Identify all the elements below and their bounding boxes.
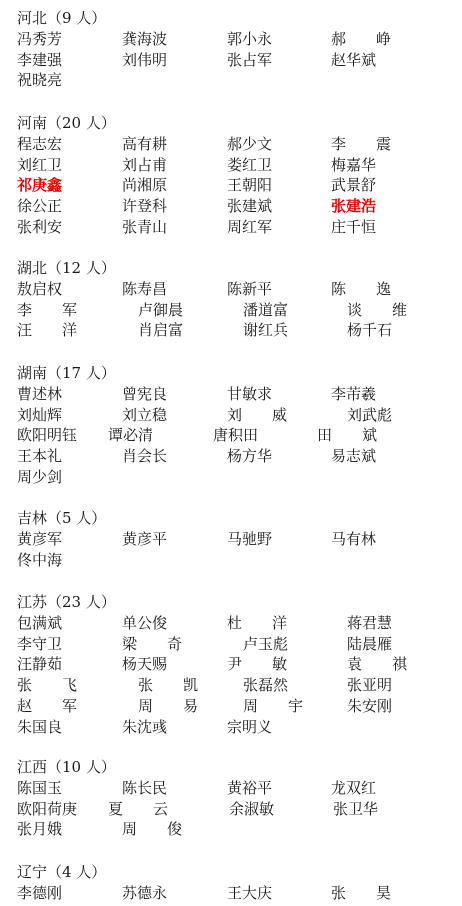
person-name: 黄彦军 xyxy=(17,529,62,550)
name-row: 张 飞张 凯张磊然张亚明 xyxy=(17,675,457,696)
person-name: 王朝阳 xyxy=(227,175,272,196)
person-name: 张 飞 xyxy=(17,675,77,696)
name-row: 王本礼肖会长杨方华易志斌 xyxy=(17,446,457,467)
person-name: 朱沈彧 xyxy=(122,717,167,738)
person-name: 夏 云 xyxy=(108,799,168,820)
name-row: 李 军卢御晨潘道富谈 维 xyxy=(17,300,457,321)
person-name: 张 凯 xyxy=(138,675,198,696)
person-name: 梁 奇 xyxy=(122,634,182,655)
person-name: 曾宪良 xyxy=(122,384,167,405)
person-name: 唐积田 xyxy=(213,425,258,446)
person-name: 李守卫 xyxy=(17,634,62,655)
person-name: 张磊然 xyxy=(243,675,288,696)
name-row: 祝晓亮 xyxy=(17,70,457,91)
person-name: 冯秀芳 xyxy=(17,29,62,50)
person-name: 张青山 xyxy=(122,217,167,238)
person-name: 刘占甫 xyxy=(122,155,167,176)
name-row: 曹述林曾宪良甘敏求李芾羲 xyxy=(17,384,457,405)
person-name: 汪静茹 xyxy=(17,654,62,675)
person-name: 高有耕 xyxy=(122,134,167,155)
person-name: 娄红卫 xyxy=(227,155,272,176)
name-row: 李德刚苏德永王大庆张 昊 xyxy=(17,883,457,904)
person-name: 龙双红 xyxy=(331,778,376,799)
person-name: 张月娥 xyxy=(17,819,62,840)
person-name: 刘伟明 xyxy=(122,50,167,71)
person-name: 程志宏 xyxy=(17,134,62,155)
person-name: 陈寿昌 xyxy=(122,279,167,300)
person-name: 易志斌 xyxy=(331,446,376,467)
name-row: 陈国玉陈长民黄裕平龙双红 xyxy=(17,778,457,799)
person-name: 谭必清 xyxy=(108,425,153,446)
person-name: 佟中海 xyxy=(17,550,62,571)
person-name: 潘道富 xyxy=(243,300,288,321)
section-header: 湖南（17 人） xyxy=(17,363,116,384)
person-name: 周 宇 xyxy=(243,696,303,717)
section-header: 江西（10 人） xyxy=(17,757,116,778)
name-row: 祁庚鑫尚湘原王朝阳武景舒 xyxy=(17,175,457,196)
person-name: 袁 祺 xyxy=(347,654,407,675)
person-name: 杨方华 xyxy=(227,446,272,467)
name-row: 赵 军周 易周 宇朱安刚 xyxy=(17,696,457,717)
section-header: 江苏（23 人） xyxy=(17,592,116,613)
person-name: 杜 洋 xyxy=(227,613,287,634)
person-name: 朱安刚 xyxy=(347,696,392,717)
name-row: 冯秀芳龚海波郭小永郝 峥 xyxy=(17,29,457,50)
name-row: 李守卫梁 奇卢玉彪陆晨雁 xyxy=(17,634,457,655)
person-name: 谢红兵 xyxy=(243,320,288,341)
person-name: 尚湘原 xyxy=(122,175,167,196)
section-header: 吉林（5 人） xyxy=(17,508,106,529)
person-name: 田 斌 xyxy=(317,425,377,446)
person-name: 汪 洋 xyxy=(17,320,77,341)
person-name: 欧阳明钰 xyxy=(17,425,77,446)
person-name: 郭小永 xyxy=(227,29,272,50)
name-row: 张利安张青山周红军庄千恒 xyxy=(17,217,457,238)
person-name: 张建斌 xyxy=(227,196,272,217)
person-name: 蒋君慧 xyxy=(347,613,392,634)
person-name: 郝 峥 xyxy=(331,29,391,50)
person-name: 马有林 xyxy=(331,529,376,550)
person-name: 刘灿辉 xyxy=(17,405,62,426)
name-row: 朱国良朱沈彧宗明义 xyxy=(17,717,457,738)
person-name: 欧阳荷庚 xyxy=(17,799,77,820)
person-name: 陈新平 xyxy=(227,279,272,300)
person-name: 肖启富 xyxy=(138,320,183,341)
name-row: 程志宏高有耕郝少文李 震 xyxy=(17,134,457,155)
person-name: 赵 军 xyxy=(17,696,77,717)
person-name: 单公俊 xyxy=(122,613,167,634)
highlighted-name: 张建浩 xyxy=(331,196,376,217)
person-name: 王大庆 xyxy=(227,883,272,904)
section-header: 河南（20 人） xyxy=(17,113,116,134)
person-name: 徐公正 xyxy=(17,196,62,217)
person-name: 庄千恒 xyxy=(331,217,376,238)
person-name: 刘红卫 xyxy=(17,155,62,176)
person-name: 马驰野 xyxy=(227,529,272,550)
person-name: 梅嘉华 xyxy=(331,155,376,176)
person-name: 郝少文 xyxy=(227,134,272,155)
person-name: 张卫华 xyxy=(333,799,378,820)
person-name: 余淑敏 xyxy=(229,799,274,820)
name-row: 刘灿辉刘立稳刘 威刘武彪 xyxy=(17,405,457,426)
person-name: 李 震 xyxy=(331,134,391,155)
section-header: 河北（9 人） xyxy=(17,8,106,29)
name-row: 汪静茹杨天赐尹 敏袁 祺 xyxy=(17,654,457,675)
name-row: 刘红卫刘占甫娄红卫梅嘉华 xyxy=(17,155,457,176)
name-row: 欧阳荷庚夏 云余淑敏张卫华 xyxy=(17,799,457,820)
person-name: 武景舒 xyxy=(331,175,376,196)
person-name: 卢玉彪 xyxy=(243,634,288,655)
person-name: 李建强 xyxy=(17,50,62,71)
section-header: 湖北（12 人） xyxy=(17,258,116,279)
person-name: 谈 维 xyxy=(347,300,407,321)
person-name: 李 军 xyxy=(17,300,77,321)
highlighted-name: 祁庚鑫 xyxy=(17,175,62,196)
person-name: 张利安 xyxy=(17,217,62,238)
person-name: 祝晓亮 xyxy=(17,70,62,91)
person-name: 刘 威 xyxy=(227,405,287,426)
name-row: 欧阳明钰谭必清唐积田田 斌 xyxy=(17,425,457,446)
person-name: 杨天赐 xyxy=(122,654,167,675)
name-row: 黄彦军黄彦平马驰野马有林 xyxy=(17,529,457,550)
person-name: 张 昊 xyxy=(331,883,391,904)
person-name: 苏德永 xyxy=(122,883,167,904)
name-row: 周少剑 xyxy=(17,467,457,488)
person-name: 王本礼 xyxy=(17,446,62,467)
person-name: 黄彦平 xyxy=(122,529,167,550)
person-name: 卢御晨 xyxy=(138,300,183,321)
name-row: 汪 洋肖启富谢红兵杨千石 xyxy=(17,320,457,341)
person-name: 龚海波 xyxy=(122,29,167,50)
person-name: 刘立稳 xyxy=(122,405,167,426)
person-name: 朱国良 xyxy=(17,717,62,738)
name-row: 佟中海 xyxy=(17,550,457,571)
person-name: 黄裕平 xyxy=(227,778,272,799)
person-name: 敖启权 xyxy=(17,279,62,300)
person-name: 张亚明 xyxy=(347,675,392,696)
section-header: 辽宁（4 人） xyxy=(17,862,106,883)
person-name: 甘敏求 xyxy=(227,384,272,405)
name-row: 张月娥周 俊 xyxy=(17,819,457,840)
person-name: 周红军 xyxy=(227,217,272,238)
person-name: 周 易 xyxy=(138,696,198,717)
person-name: 刘武彪 xyxy=(347,405,392,426)
person-name: 宗明义 xyxy=(227,717,272,738)
person-name: 陈 逸 xyxy=(331,279,391,300)
name-row: 包满斌单公俊杜 洋蒋君慧 xyxy=(17,613,457,634)
person-name: 陆晨雁 xyxy=(347,634,392,655)
person-name: 赵华斌 xyxy=(331,50,376,71)
name-row: 徐公正许登科张建斌张建浩 xyxy=(17,196,457,217)
person-name: 曹述林 xyxy=(17,384,62,405)
name-row: 李建强刘伟明张占军赵华斌 xyxy=(17,50,457,71)
person-name: 陈国玉 xyxy=(17,778,62,799)
person-name: 杨千石 xyxy=(347,320,392,341)
person-name: 周 俊 xyxy=(122,819,182,840)
person-name: 周少剑 xyxy=(17,467,62,488)
person-name: 肖会长 xyxy=(122,446,167,467)
person-name: 许登科 xyxy=(122,196,167,217)
person-name: 陈长民 xyxy=(122,778,167,799)
person-name: 包满斌 xyxy=(17,613,62,634)
name-row: 敖启权陈寿昌陈新平陈 逸 xyxy=(17,279,457,300)
person-name: 尹 敏 xyxy=(227,654,287,675)
person-name: 李芾羲 xyxy=(331,384,376,405)
person-name: 张占军 xyxy=(227,50,272,71)
person-name: 李德刚 xyxy=(17,883,62,904)
